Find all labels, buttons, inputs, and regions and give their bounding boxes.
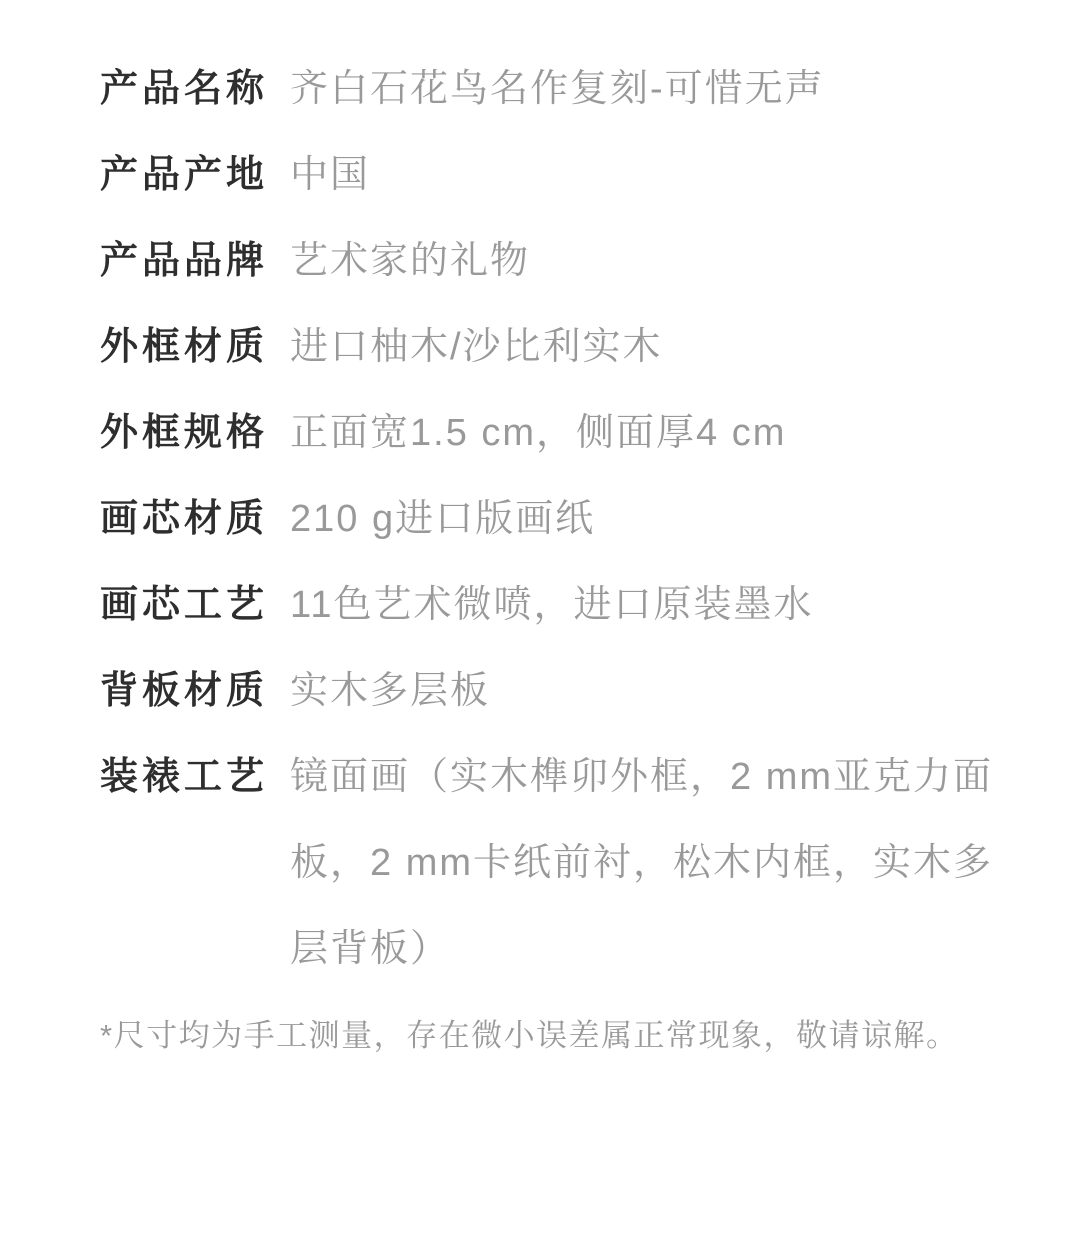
spec-row-backboard-material: 背板材质 实木多层板 xyxy=(100,648,1080,734)
spec-value: 中国 xyxy=(290,132,1010,218)
spec-value: 210 g进口版画纸 xyxy=(290,476,1010,562)
measurement-disclaimer: *尺寸均为手工测量，存在微小误差属正常现象，敬请谅解。 xyxy=(100,1014,1080,1058)
spec-row-brand: 产品品牌 艺术家的礼物 xyxy=(100,218,1080,304)
spec-label: 产品名称 xyxy=(100,46,290,132)
spec-row-frame-size: 外框规格 正面宽1.5 cm，侧面厚4 cm xyxy=(100,390,1080,476)
spec-value-line: 层背板） xyxy=(290,906,1010,992)
spec-row-frame-material: 外框材质 进口柚木/沙比利实木 xyxy=(100,304,1080,390)
spec-value: 11色艺术微喷，进口原装墨水 xyxy=(290,562,1010,648)
spec-row-mounting-craft: 装裱工艺 镜面画（实木榫卯外框，2 mm亚克力面 板，2 mm卡纸前衬，松木内框… xyxy=(100,734,1080,992)
spec-value: 镜面画（实木榫卯外框，2 mm亚克力面 板，2 mm卡纸前衬，松木内框，实木多 … xyxy=(290,734,1010,992)
spec-row-product-name: 产品名称 齐白石花鸟名作复刻-可惜无声 xyxy=(100,46,1080,132)
spec-label: 外框材质 xyxy=(100,304,290,390)
spec-value: 进口柚木/沙比利实木 xyxy=(290,304,1010,390)
spec-label: 背板材质 xyxy=(100,648,290,734)
spec-value-line: 镜面画（实木榫卯外框，2 mm亚克力面 xyxy=(290,734,1010,820)
spec-value-line: 板，2 mm卡纸前衬，松木内框，实木多 xyxy=(290,820,1010,906)
spec-value: 艺术家的礼物 xyxy=(290,218,1010,304)
spec-row-core-material: 画芯材质 210 g进口版画纸 xyxy=(100,476,1080,562)
spec-value: 正面宽1.5 cm，侧面厚4 cm xyxy=(290,390,1010,476)
spec-label: 画芯工艺 xyxy=(100,562,290,648)
spec-label: 外框规格 xyxy=(100,390,290,476)
spec-label: 产品产地 xyxy=(100,132,290,218)
spec-row-core-craft: 画芯工艺 11色艺术微喷，进口原装墨水 xyxy=(100,562,1080,648)
spec-value: 齐白石花鸟名作复刻-可惜无声 xyxy=(290,46,1010,132)
spec-row-origin: 产品产地 中国 xyxy=(100,132,1080,218)
spec-label: 装裱工艺 xyxy=(100,734,290,820)
spec-label: 画芯材质 xyxy=(100,476,290,562)
product-spec-table: 产品名称 齐白石花鸟名作复刻-可惜无声 产品产地 中国 产品品牌 艺术家的礼物 … xyxy=(0,0,1080,1058)
spec-label: 产品品牌 xyxy=(100,218,290,304)
spec-value: 实木多层板 xyxy=(290,648,1010,734)
